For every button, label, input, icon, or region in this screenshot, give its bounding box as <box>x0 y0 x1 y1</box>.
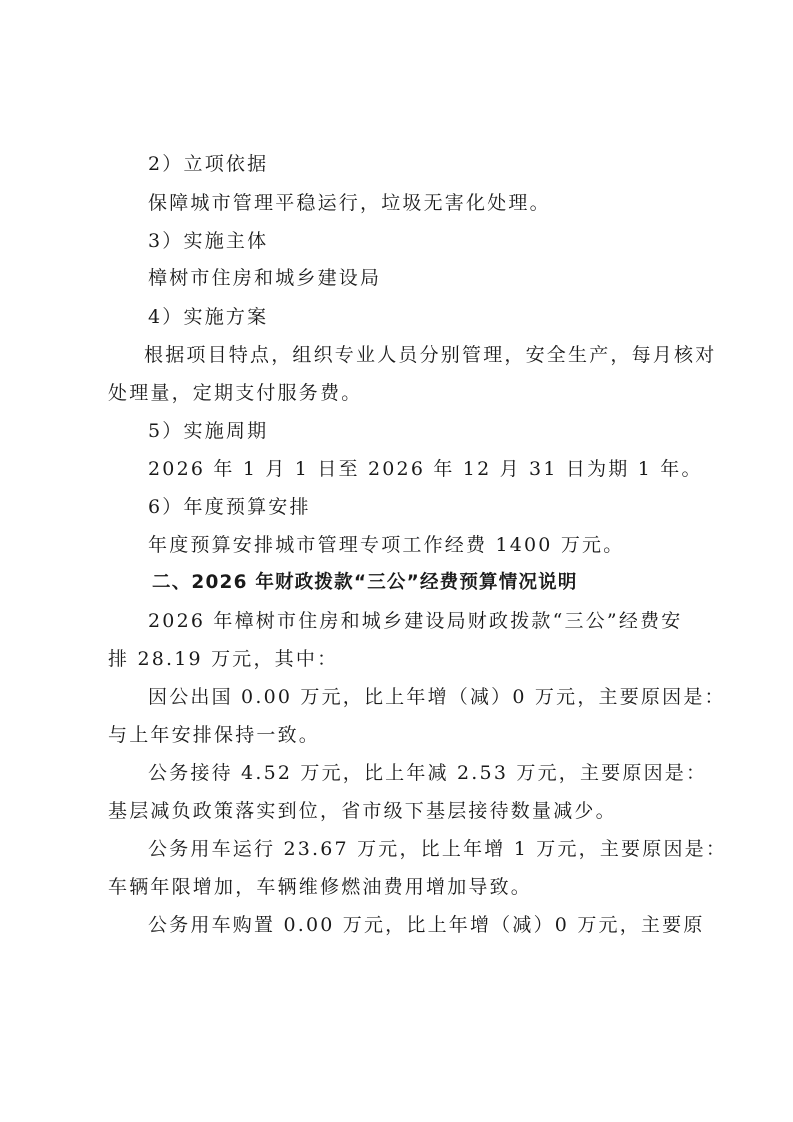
text-line: 年度预算安排城市管理专项工作经费 1400 万元。 <box>148 533 624 557</box>
text-line: 4）实施方案 <box>148 305 268 329</box>
text-line: 2026 年樟树市住房和城乡建设局财政拨款“三公”经费安 <box>148 609 682 633</box>
text-line: 樟树市住房和城乡建设局 <box>148 266 381 290</box>
text-line: 公务用车购置 0.00 万元，比上年增（减）0 万元，主要原 <box>148 913 705 937</box>
text-line: 公务接待 4.52 万元，比上年减 2.53 万元，主要原因是： <box>148 761 707 785</box>
text-line: 5）实施周期 <box>148 419 268 443</box>
text-line: 排 28.19 万元，其中： <box>108 647 338 671</box>
text-line: 与上年安排保持一致。 <box>108 723 320 747</box>
text-line: 公务用车运行 23.67 万元，比上年增 1 万元，主要原因是： <box>148 837 727 861</box>
text-line: 3）实施主体 <box>148 229 268 253</box>
text-line: 保障城市管理平稳运行，垃圾无害化处理。 <box>148 191 551 215</box>
text-line: 2）立项依据 <box>148 152 268 176</box>
text-line: 2026 年 1 月 1 日至 2026 年 12 月 31 日为期 1 年。 <box>148 457 703 481</box>
text-line: 基层减负政策落实到位，省市级下基层接待数量减少。 <box>108 799 617 823</box>
text-line: 根据项目特点，组织专业人员分别管理，安全生产，每月核对 <box>144 343 716 367</box>
text-line: 因公出国 0.00 万元，比上年增（减）0 万元，主要原因是： <box>148 685 726 709</box>
text-line: 车辆年限增加，车辆维修燃油费用增加导致。 <box>108 875 532 899</box>
text-line: 6）年度预算安排 <box>148 495 311 519</box>
text-line: 处理量，定期支付服务费。 <box>108 381 362 405</box>
section-heading: 二、2026 年财政拨款“三公”经费预算情况说明 <box>152 571 578 595</box>
